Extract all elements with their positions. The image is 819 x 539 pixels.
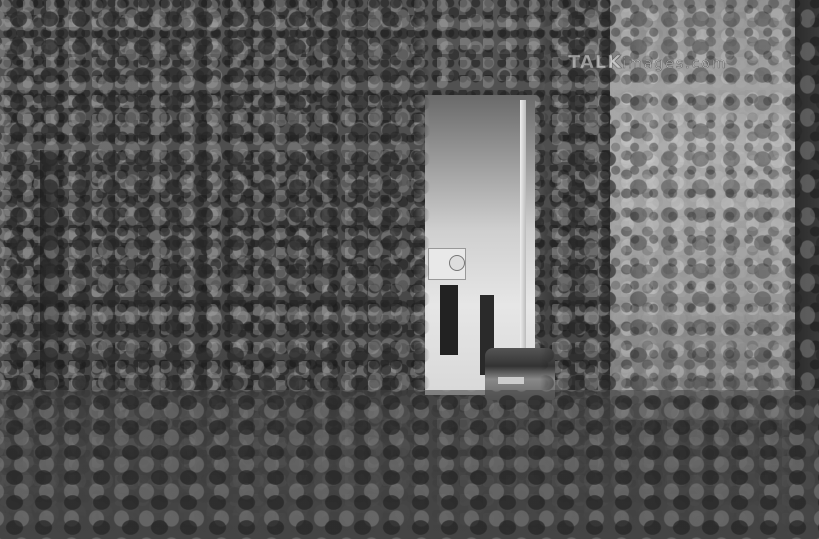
photo: TALKimages.com [0, 0, 819, 539]
watermark-domain: images.com [622, 56, 727, 72]
watermark-brand: TALK [568, 52, 622, 73]
watermark: TALKimages.com [568, 52, 728, 73]
ivy-bottom [0, 390, 819, 539]
